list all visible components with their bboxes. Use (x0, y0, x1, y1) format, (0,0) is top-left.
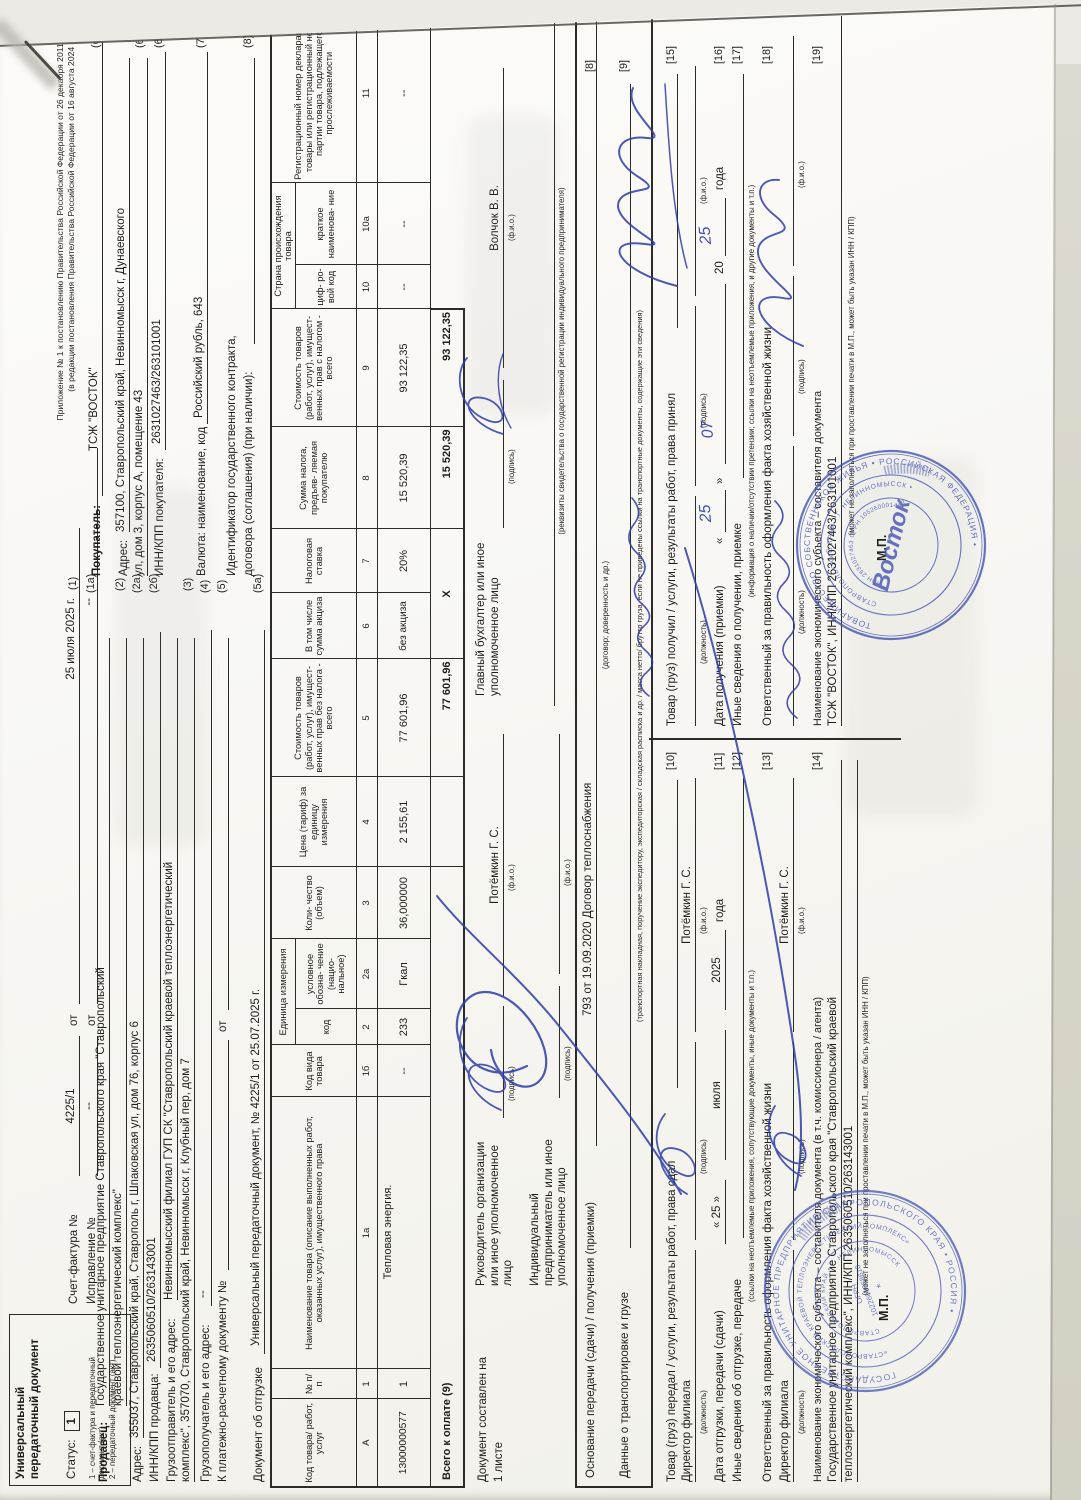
column-numbers-row: А 1 1а 1б 2 2а 3 4 5 6 7 8 9 10 10а 11 (356, 3, 377, 1487)
cell-country-name: -- (377, 183, 430, 265)
subject-left-tag: [14] (811, 752, 824, 770)
responsible-right-sign-line (778, 276, 794, 436)
basis-value: 793 от 19.09.2020 Договор теплоснабжения (581, 0, 597, 1146)
table-total-row: Всего к оплате (9) 77 601,96 X 15 520,39… (430, 3, 464, 1487)
other-receive-info-line (728, 74, 744, 478)
receive-date-q1: « (713, 538, 727, 544)
scan-ghost-mark (467, 116, 557, 416)
responsible-right-position-line (778, 446, 794, 726)
subject-right-tag: [19] (811, 46, 824, 64)
stamp-left-star: * (874, 1280, 887, 1289)
other-ship-info-label: Иные сведения об отгрузке, передаче (731, 1279, 745, 1482)
payment-doc-ot: от (216, 1021, 230, 1032)
col-header-country: Страна происхождения товара (271, 183, 295, 309)
col-header-price: Цена (тариф) за единицу измерения (271, 777, 356, 867)
cell-tax: 15 520,39 (377, 427, 430, 529)
received-fio-line (680, 66, 696, 296)
transport-label: Данные о транспортировке и грузе (618, 1292, 632, 1478)
responsible-left-sign-cap: (подпись) (797, 1139, 806, 1174)
transport-tag: [9] (618, 60, 631, 72)
consignee-label: Грузополучатель и его адрес: (199, 1324, 213, 1482)
buyer-inn: 2631027463/263101001 (150, 52, 166, 450)
colnum-8: 8 (356, 427, 377, 529)
goods-table: Код товара/ работ, услуг № п/п Наименова… (270, 2, 465, 1488)
col-header-cost-w-tax: Стоимость товаров (работ, услуг), имущес… (271, 309, 356, 427)
head-sign-line (488, 1006, 504, 1118)
receive-date-day-line (710, 490, 726, 532)
seller-inn-label: ИНН/КПП продавца: (148, 1373, 162, 1482)
colnum-7: 7 (356, 529, 377, 593)
ship-date-god: года (713, 899, 727, 922)
cell-num: 1 (377, 1369, 430, 1399)
col-header-qty: Коли- чество (объем) (271, 867, 356, 939)
invoice-number: 4225/1 (64, 1036, 80, 1176)
colnum-9: 9 (356, 309, 377, 427)
entrepreneur-fio-line (544, 734, 560, 974)
col-header-tax: Сумма налога, предъяв- ляемая покупателю (271, 427, 356, 529)
responsible-left-tag: [13] (761, 752, 774, 770)
total-cost-wo-tax: 77 601,96 (430, 659, 464, 777)
head-signer-label: Руководитель организации или иное уполно… (475, 1124, 516, 1286)
goods-received-label: Товар (груз) получил / услуги, результат… (665, 393, 679, 726)
passed-fio-cap: (ф.и.о.) (699, 907, 708, 934)
col-header-code: Код товара/ работ, услуг (271, 1399, 356, 1487)
buyer-name: ТСЖ "ВОСТОК" (87, 13, 103, 496)
cell-kind: -- (377, 1045, 430, 1097)
other-ship-info-line (728, 778, 744, 1238)
other-receive-info-tag: [17] (731, 46, 744, 64)
gov-contract-value (239, 58, 255, 344)
receive-date-tag: [16] (713, 46, 726, 64)
status-value: 1 (64, 1411, 80, 1431)
colnum-1b: 1б (356, 1045, 377, 1097)
received-sign-line (680, 306, 696, 486)
consignor-label: Грузоотправитель и его адрес: (165, 1318, 179, 1482)
total-tax: 15 520,39 (430, 427, 464, 529)
col-header-rate: Налоговая ставка (271, 529, 356, 593)
other-ship-info-cap: (ссылки на неотъемлемые приложения, сопу… (747, 836, 756, 1436)
basis-tag: [8] (584, 60, 597, 72)
col-header-excise: В том числе сумма акциза (271, 593, 356, 659)
payment-doc-date (213, 638, 229, 1010)
cell-cost-wo-tax: 77 601,96 (377, 659, 430, 777)
transfer-basis-box: Основание передачи (сдачи) / получения (… (575, 2, 653, 1488)
ship-date-label: Дата отгрузки, передачи (сдачи) (713, 1310, 727, 1482)
cell-unit-symbol: Гкал (377, 939, 430, 1009)
document-content: Универсальный передаточный документ Стат… (0, 0, 1078, 1496)
total-x: X (430, 529, 464, 659)
payment-doc-label: К платежно-расчетному документу № (216, 1281, 230, 1482)
transport-value (615, 84, 631, 1248)
head-fio-cap: (ф.и.о.) (507, 864, 516, 891)
gov-contract-label-1: Идентификатор государственного контракта… (225, 335, 239, 576)
received-fio-cap: (ф.и.о.) (699, 177, 708, 204)
total-label: Всего к оплате (9) (430, 867, 464, 1487)
other-receive-info-cap: (информация о наличии/отсутствии претенз… (747, 76, 756, 706)
seller-round-stamp: ГОСУДАРСТВЕННОЕ УНИТАРНОЕ ПРЕДПРИЯТИЕ СТ… (761, 1187, 969, 1395)
col-header-name: Наименование товара (описание выполненны… (271, 1097, 356, 1369)
responsible-left-fio-cap: (ф.и.о.) (797, 907, 806, 934)
responsible-right-fio-line (778, 36, 794, 266)
entrepreneur-req-cap: (реквизиты свидетельства о государственн… (557, 16, 566, 706)
head-fio: Потёмкин Г. С. (488, 734, 504, 996)
invoice-ot: от (67, 1015, 81, 1026)
passed-sign-cap: (подпись) (699, 1139, 708, 1174)
colnum-2: 2 (356, 1009, 377, 1045)
scanned-document-page: { "appendix":{ "l1":"Приложение № 1 к по… (0, 0, 1081, 1500)
col-header-unit-code: код (295, 1009, 356, 1045)
goods-received-line (662, 74, 678, 328)
receive-date-god: года (713, 167, 727, 190)
responsible-right-label: Ответственный за правильность оформления… (761, 327, 775, 726)
gov-contract-label-2: договора (соглашения) (при наличии): (242, 372, 256, 576)
receive-date-q2: » (713, 478, 727, 484)
seller-label: Продавец: (97, 1422, 111, 1482)
other-ship-info-tag: [12] (731, 752, 744, 770)
colnum-1: 1 (356, 1369, 377, 1399)
basis-cap: (договор; доверенность и др.) (601, 84, 610, 1146)
paper-sheet: Универсальный передаточный документ Стат… (0, 0, 1081, 1500)
cell-cost-w-tax: 93 122,35 (377, 309, 430, 427)
cell-excise: без акциза (377, 593, 430, 659)
buyer-addr-1: 357100, Ставропольский край, Невинномысс… (114, 58, 130, 532)
received-position-cap: (должность) (699, 620, 708, 664)
basis-label: Основание передачи (сдачи) / получения (… (584, 1202, 598, 1478)
received-sign-cap: (подпись) (699, 393, 708, 428)
table-row: 13000000577 1 Тепловая энергия. -- 233 Г… (377, 3, 430, 1487)
colnum-1a: 1а (356, 1097, 377, 1369)
colnum-a: А (356, 1399, 377, 1487)
seller-addr-label: Адрес: (131, 1446, 145, 1482)
shipment-doc-value: Универсальный передаточный документ, № 4… (249, 630, 265, 1354)
col-header-country-code: циф- ро- вой код (295, 265, 356, 309)
receive-date-month-line (710, 284, 726, 464)
goods-passed-line (662, 780, 678, 1088)
correction-tag: (1а) (85, 574, 98, 593)
appendix-line-1: Приложение № 1 к постановлению Правитель… (55, 4, 66, 796)
responsible-left-position-cap: (должность) (797, 1390, 806, 1434)
accountant-label: Главный бухгалтер или иное уполномоченно… (475, 534, 502, 696)
seller-name-1: Государственное унитарное предприятие Ст… (94, 638, 110, 1406)
responsible-right-fio-cap: (ф.и.о.) (797, 161, 806, 188)
passed-position: Директор филиала (680, 1250, 696, 1482)
accountant-sign-cap: (подпись) (507, 449, 516, 484)
entrepreneur-fio-cap: (ф.и.о.) (563, 859, 572, 886)
col-header-num: № п/п (271, 1369, 356, 1399)
entrepreneur-sign-cap: (подпись) (563, 1046, 572, 1081)
entrepreneur-label: Индивидуальный предприниматель или иное … (529, 1106, 570, 1286)
cell-name: Тепловая энергия. (377, 1097, 430, 1369)
entrepreneur-sign-line (544, 986, 560, 1098)
col-header-unit-symbol: условное обозна- чение (нацио- нальное) (295, 939, 356, 1009)
appendix-line-2: (в редакции постановления Правительства … (66, 4, 77, 796)
col-header-unit: Единица измерения (271, 939, 295, 1045)
total-cost-w-tax: 93 122,35 (430, 309, 464, 427)
ship-date-tag: [11] (713, 753, 726, 770)
responsible-right-tag: [18] (761, 46, 774, 64)
goods-passed-label: Товар (груз) передал / услуги, результат… (665, 1161, 679, 1482)
receive-date-20: 20 (713, 261, 727, 274)
invoice-label: Счет-фактура № (67, 1214, 81, 1304)
col-header-cost-wo-tax: Стоимость товаров (работ, услуг), имущес… (271, 659, 356, 777)
buyer-label: Покупатель: (90, 505, 104, 576)
sheet-count-note: Документ составлен на 1 листе (475, 1357, 507, 1482)
cell-code: 13000000577 (377, 1399, 430, 1487)
responsible-left-fio: Потёмкин Г. С. (778, 778, 794, 1032)
colnum-10: 10 (356, 265, 377, 309)
other-receive-info-label: Иные сведения о получении, приемке (731, 523, 745, 726)
upd-title: Универсальный передаточный документ (14, 1327, 42, 1479)
cell-qty: 36,000000 (377, 867, 430, 939)
colnum-6: 6 (356, 593, 377, 659)
receive-date-year-line (710, 198, 726, 256)
buyer-round-stamp: ТОВАРИЩЕСТВО СОБСТВЕННИКОВ ЖИЛЬЯ • РОССИ… (793, 447, 989, 643)
colnum-5: 5 (356, 659, 377, 777)
scan-ghost-mark (117, 486, 207, 846)
currency-value: Российский рубль, 643 (192, 52, 208, 424)
received-position-line (680, 496, 696, 726)
colnum-2a: 2а (356, 939, 377, 1009)
cell-price: 2 155,61 (377, 777, 430, 867)
receive-date-label: Дата получения (приемки) (713, 585, 727, 726)
transport-cap: (транспортная накладная, поручение экспе… (635, 84, 644, 1248)
goods-received-tag: [15] (665, 46, 678, 64)
passed-fio: Потёмкин Г. С. (680, 778, 696, 1032)
colnum-10a: 10а (356, 183, 377, 265)
col-header-kind: Код вида товара (271, 1045, 356, 1097)
colnum-3: 3 (356, 867, 377, 939)
ship-date-month: июля (710, 1030, 726, 1160)
payment-doc-tag: (5) (216, 580, 229, 593)
goods-passed-tag: [10] (665, 752, 678, 770)
ship-date-day: « 25 » (710, 1180, 726, 1244)
passed-sign-line (680, 1042, 696, 1240)
shipment-doc-label: Документ об отгрузке (252, 1367, 266, 1482)
ship-date-year: 2025 (710, 930, 726, 1010)
cell-country-code: -- (377, 265, 430, 309)
appendix-note: Приложение № 1 к постановлению Правитель… (55, 4, 76, 796)
passed-position-cap: (должность) (699, 1390, 708, 1434)
payment-doc-number (213, 1040, 229, 1270)
colnum-4: 4 (356, 777, 377, 867)
head-sign-cap: (подпись) (507, 1066, 516, 1101)
cell-rate: 20% (377, 529, 430, 593)
status-label: Статус: (66, 1439, 78, 1479)
cell-unit-code: 233 (377, 1009, 430, 1045)
shipment-doc-tag: (5а) (252, 574, 265, 593)
status-line: Статус:1 (64, 1411, 80, 1479)
col-header-country-name: краткое наименова- ние (295, 183, 356, 265)
responsible-right-sign-cap: (подпись) (797, 359, 806, 394)
